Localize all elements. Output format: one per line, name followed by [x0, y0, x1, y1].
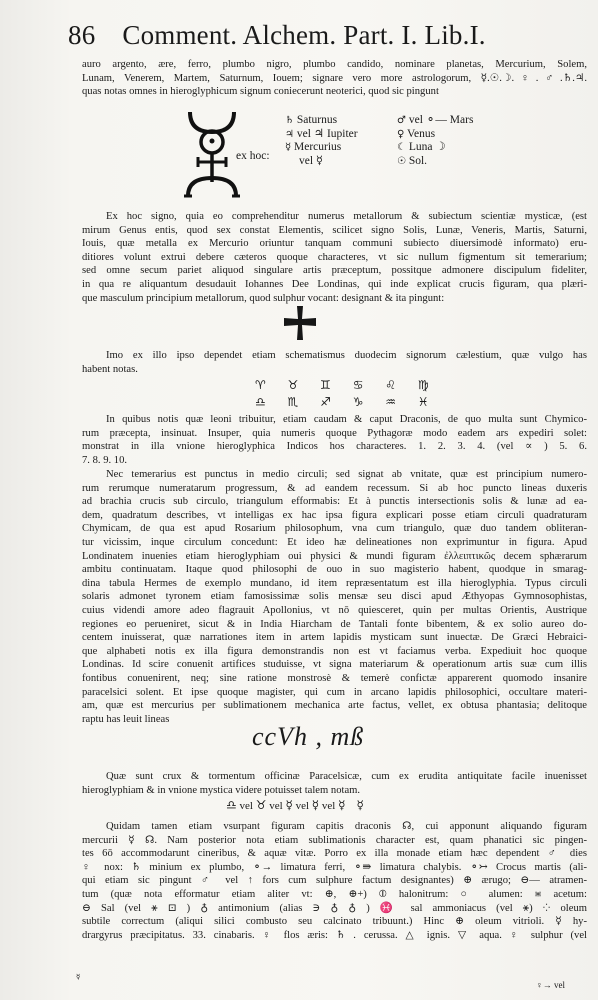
text-line: Nec temerarius est punctus in medio circ…	[82, 468, 587, 482]
intro-text: auro argento, ære, ferro, plumbo nigro, …	[82, 58, 587, 99]
text-line: ambitu continuatam. Itaque quod philosop…	[82, 563, 587, 577]
text-line: rum rerumque numeratarum progressum, & a…	[82, 482, 587, 496]
planet-entry: ♂ vel ⚬— Mars	[397, 114, 473, 128]
planet-entry: ☾ Luna ☽	[397, 141, 473, 155]
mercury-icon: ☿	[356, 798, 363, 812]
libra-icon: ♎	[226, 798, 237, 812]
paragraph-1: Ex hoc signo, quia eo comprehenditur num…	[82, 210, 587, 305]
planets-right-column: ♂ vel ⚬— Mars ♀ Venus ☾ Luna ☽ ☉ Sol.	[397, 114, 473, 168]
text-line: auro argento, ære, ferro, plumbo nigro, …	[82, 58, 587, 72]
text-line: habent notas.	[82, 363, 587, 377]
planets-left-column: ♄ Saturnus ♃ vel ♃ Iupiter ☿ Mercurius v…	[285, 114, 358, 168]
mercury-icon: ☿	[338, 798, 345, 812]
page-number: 86	[68, 20, 95, 50]
jupiter-icon: ♃	[285, 129, 294, 140]
text-line: que alphabeti notis ex illa figura demon…	[82, 645, 587, 659]
zodiac-signs: ♈ ♉ ♊ ♋ ♌ ♍ ♎ ♏ ♐ ♑ ♒ ♓	[255, 377, 438, 411]
text-line: Iouis, quæ metalla ex Mercurio oriuntur …	[82, 237, 587, 251]
paragraph-4: Nec temerarius est punctus in medio circ…	[82, 468, 587, 726]
planet-entry: ♃ vel ♃ Iupiter	[285, 128, 358, 142]
page-header: 86 Comment. Alchem. Part. I. Lib.I.	[68, 20, 486, 51]
running-title: Comment. Alchem. Part. I. Lib.I.	[122, 20, 485, 50]
cross-pattee-icon	[284, 306, 316, 340]
venus-icon: ♀	[397, 129, 404, 140]
text-line: fontibus conuenirent, neq; sine ratione …	[82, 672, 587, 686]
text-line: ⊖ Sal (vel ⚹ ⊡ ) ♁ antimonium (alias ∋ ♁…	[82, 902, 587, 916]
text-line: dem, quadratum describes, vt intelligas …	[82, 509, 587, 523]
text-line: In quibus notis quæ leoni tribuitur, eti…	[82, 413, 587, 427]
text-line: centem inuisserat, quæ narrationes item …	[82, 631, 587, 645]
sun-icon: ☉	[397, 156, 406, 167]
text-line: mirum Genus entis, quod sex constat Elem…	[82, 224, 587, 238]
zodiac-row-1: ♈ ♉ ♊ ♋ ♌ ♍	[255, 377, 438, 394]
text-line: rum præcepta, insinuat. Insuper, quia nu…	[82, 427, 587, 441]
paragraph-3: In quibus notis quæ leoni tribuitur, eti…	[82, 413, 587, 467]
text-line: 7. 8. 9. 10.	[82, 454, 587, 468]
text-line: qui etiam sic pingunt ♂ vel ↑ fors cum s…	[82, 874, 587, 888]
zodiac-row-2: ♎ ♏ ♐ ♑ ♒ ♓	[255, 394, 438, 411]
text-line: tur vicissim, inque circulum concedunt: …	[82, 536, 587, 550]
text-line: Lunam, Venerem, Martem, Saturnum, Iouem;…	[82, 72, 587, 86]
text-line: quas notas omnes in hieroglyphicum signu…	[82, 85, 587, 99]
text-line: que masculum principium metallorum, quod…	[82, 292, 587, 306]
taurus-icon: ♉	[256, 798, 267, 812]
text-line: Londinas. Id scire conuenit artifices st…	[82, 658, 587, 672]
paragraph-2: Imo ex illo ipso dependet etiam schemati…	[82, 349, 587, 376]
text-line: paracelsici solent. Et ipse quoque magis…	[82, 686, 587, 700]
text-line: Ex hoc signo, quia eo comprehenditur num…	[82, 210, 587, 224]
book-page: 86 Comment. Alchem. Part. I. Lib.I. auro…	[0, 0, 598, 1000]
text-line: tum (quæ nota efformatur etiam aliter vt…	[82, 888, 587, 902]
catchword: ♀→ vel	[536, 980, 565, 990]
text-line: am, quæ est mercurius per sublimationem …	[82, 699, 587, 713]
text-line: Quæ sunt crux & tormentum officinæ Parac…	[82, 770, 587, 784]
text-line: ad brachia crucis sub circulo, triangulu…	[82, 495, 587, 509]
planet-entry: ☿ Mercurius	[285, 141, 358, 155]
text-line: sed omne secum pariet aliquod singulare …	[82, 264, 587, 278]
mercury-icon: ☿	[312, 798, 319, 812]
monas-hieroglyph-icon	[182, 110, 242, 198]
text-line: dina tabula Hermes de exemplo mundano, i…	[82, 577, 587, 591]
text-line: monstrat in illa vnione hieroglyphica In…	[82, 440, 587, 454]
ex-hoc-label: ex hoc:	[236, 150, 270, 162]
mercury-icon: ☿	[285, 798, 292, 812]
saturn-icon: ♄	[285, 115, 294, 126]
text-line: Londinatem inuenies etiam hieroglyphiam …	[82, 550, 587, 564]
mercury-variant-symbols: ♎ vel ♉ vel ☿ vel ☿ vel ☿ ☿	[226, 798, 364, 812]
text-line: tes 6ō accommodarunt cineribus, & aquæ v…	[82, 847, 587, 861]
text-line: Imo ex illo ipso dependet etiam schemati…	[82, 349, 587, 363]
text-line: Quidam tamen etiam vsurpant figuram capi…	[82, 820, 587, 834]
planet-entry: vel ☿	[285, 155, 358, 169]
mars-icon: ♂	[397, 115, 406, 126]
text-line: drargyrus præcipitatus. 33. cinabaris. ♀…	[82, 929, 587, 943]
text-line: hieroglyphiam & in vnione mystica videre…	[82, 784, 587, 798]
margin-note: ☿	[76, 973, 80, 981]
paracelsian-glyphs: ccVh , mß	[252, 722, 364, 752]
paragraph-6: Quidam tamen etiam vsurpant figuram capi…	[82, 820, 587, 942]
planet-entry: ♄ Saturnus	[285, 114, 358, 128]
planet-entry: ♀ Venus	[397, 128, 473, 142]
mercury-icon: ☿	[285, 142, 291, 153]
text-line: subtile correctum (aliqui silici combust…	[82, 915, 587, 929]
text-line: regiones eo perueniret, sicut & in India…	[82, 618, 587, 632]
text-line: ditiores volunt extrui debere cæteros qu…	[82, 251, 587, 265]
text-line: cuius videndi amore adeo flagrauit Apoll…	[82, 604, 587, 618]
planet-entry: ☉ Sol.	[397, 155, 473, 169]
moon-icon: ☾	[397, 142, 406, 153]
text-line: ♀ nox: ♄ minium ex plumbo, ⚬→ limatura f…	[82, 861, 587, 875]
text-line: solaris admonet tyronem etiam famosissim…	[82, 590, 587, 604]
text-line: mercurii ☿ ☊. Nam posterior nota etiam s…	[82, 834, 587, 848]
paragraph-5: Quæ sunt crux & tormentum officinæ Parac…	[82, 770, 587, 797]
text-line: Chymicam, de qua est apud Rosarium philo…	[82, 522, 587, 536]
text-line: in qua re aliquantum desudauit Iohannes …	[82, 278, 587, 292]
